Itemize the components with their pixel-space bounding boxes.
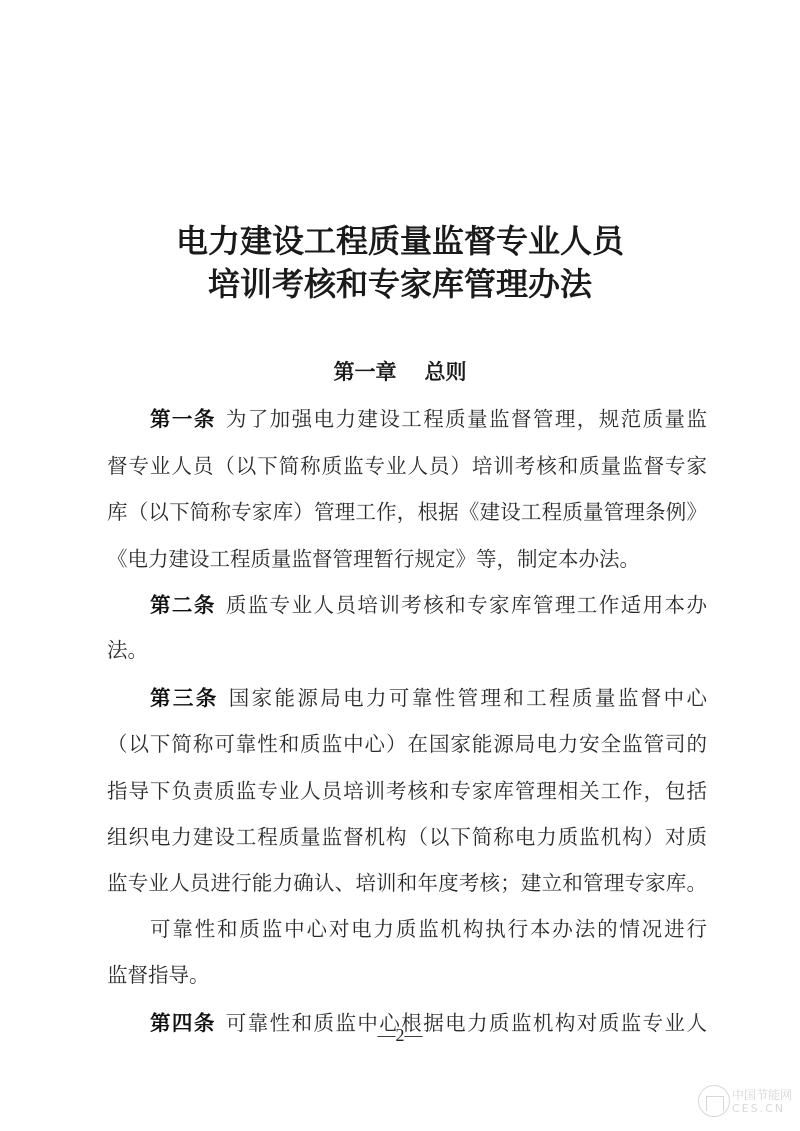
chapter-name: 总则 bbox=[425, 360, 467, 384]
article-label: 第一条 bbox=[150, 407, 216, 431]
page-number: —2— bbox=[0, 1025, 800, 1046]
paragraph-line: （以下简称可靠性和质监中心）在国家能源局电力安全监管司的 bbox=[107, 730, 707, 758]
paragraph-line: 第三条国家能源局电力可靠性管理和工程质量监督中心 bbox=[150, 684, 707, 712]
chapter-heading: 第一章总则 bbox=[0, 356, 800, 386]
document-title-line-2: 培训考核和专家库管理办法 bbox=[0, 263, 800, 305]
paragraph-line: 《电力建设工程质量监督管理暂行规定》等，制定本办法。 bbox=[107, 545, 707, 573]
paragraph-line: 第一条为了加强电力建设工程质量监督管理，规范质量监 bbox=[150, 405, 707, 433]
watermark-text-en: CES.CN bbox=[732, 1102, 785, 1115]
paragraph-line: 库（以下简称专家库）管理工作，根据《建设工程质量管理条例》 bbox=[107, 498, 707, 526]
paragraph-line: 可靠性和质监中心对电力质监机构执行本办法的情况进行 bbox=[150, 915, 707, 943]
paragraph-line: 第二条质监专业人员培训考核和专家库管理工作适用本办 bbox=[150, 591, 707, 619]
paragraph-line: 督专业人员（以下简称质监专业人员）培训考核和质量监督专家 bbox=[107, 452, 707, 480]
line-text: 为了加强电力建设工程质量监督管理，规范质量监 bbox=[226, 407, 707, 431]
paragraph-line: 监督指导。 bbox=[107, 961, 707, 989]
paragraph-line: 组织电力建设工程质量监督机构（以下简称电力质监机构）对质 bbox=[107, 823, 707, 851]
document-title-line-1: 电力建设工程质量监督专业人员 bbox=[0, 220, 800, 262]
document-page: 电力建设工程质量监督专业人员 培训考核和专家库管理办法 第一章总则 第一条为了加… bbox=[0, 0, 800, 1131]
paragraph-line: 监专业人员进行能力确认、培训和年度考核；建立和管理专家库。 bbox=[107, 869, 707, 897]
line-text: 国家能源局电力可靠性管理和工程质量监督中心 bbox=[229, 686, 707, 710]
paragraph-line: 指导下负责质监专业人员培训考核和专家库管理相关工作，包括 bbox=[107, 777, 707, 805]
chapter-number: 第一章 bbox=[334, 360, 397, 384]
article-label: 第三条 bbox=[150, 686, 219, 710]
ces-logo-icon bbox=[698, 1085, 730, 1117]
line-text: 质监专业人员培训考核和专家库管理工作适用本办 bbox=[226, 593, 707, 617]
watermark-text-cn: 中国节能网 bbox=[732, 1086, 792, 1103]
article-label: 第二条 bbox=[150, 593, 216, 617]
paragraph-line: 法。 bbox=[107, 636, 707, 664]
watermark: 中国节能网 CES.CN bbox=[698, 1085, 798, 1125]
